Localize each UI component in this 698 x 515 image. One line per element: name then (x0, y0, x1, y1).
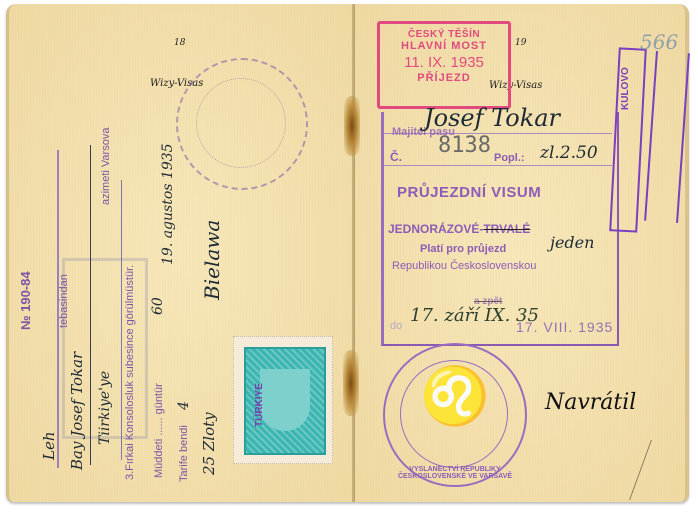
visa-title: PRŮJEZDNÍ VISUM (397, 184, 541, 201)
side-stamp-text: KULOVO (620, 67, 631, 110)
revenue-stamp: TÜRKIYE (233, 336, 333, 464)
staple-stain-bottom (343, 350, 359, 416)
ruling-line (384, 165, 612, 166)
embassy-seal-text: VYSLANECTVÍ REPUBLIKY ČESKOSLOVENSKÉ VE … (395, 466, 515, 480)
serial-number: № 190-84 (18, 271, 33, 330)
revenue-stamp-overprint: TÜRKIYE (254, 383, 265, 427)
handwritten-date: 19. agustos 1935 (160, 143, 176, 265)
printed-tariff: Tarife bendi (178, 425, 190, 482)
page-number-left: 18 (174, 38, 185, 48)
ruling-line (121, 180, 122, 460)
printed-consulate: 3.Fırkai Konsolosluk subesince görülmüst… (124, 265, 136, 480)
printed-azimeti: azimeti Varsova (100, 128, 112, 205)
border-stamp-type: PŘÍJEZD (380, 72, 508, 84)
fee-value: zl.2.50 (540, 143, 598, 163)
printed-tebasindan: tebasindan (58, 274, 70, 328)
number-label: Č. (390, 150, 402, 164)
visa-valid-count: jeden (550, 233, 594, 252)
visa-valid-line: Platí pro průjezd (420, 243, 506, 255)
stamped-date: 17. VIII. 1935 (516, 319, 613, 335)
border-stamp-crossing: HLAVNÍ MOST (380, 40, 508, 52)
corner-number: 566 (640, 30, 678, 54)
handwritten-tariff: 4 (176, 401, 192, 410)
page-number-right: 19 (515, 38, 526, 48)
ruling-line (90, 145, 91, 465)
consul-signature: Bielawa (200, 220, 224, 300)
handwritten-destination: Tiirkiye'ye (97, 371, 113, 445)
visa-territory: Republikou Československou (392, 260, 536, 272)
printed-validity: Müddeti ...... güntür (153, 383, 165, 478)
consulate-round-stamp-inner (196, 78, 286, 168)
handwritten-fee: 25 Zloty (200, 412, 218, 475)
border-stamp-town: ČESKÝ TĚŠÍN (380, 29, 508, 40)
visa-type: JEDNORÁZOVÉ-TRVALÉ (388, 222, 530, 236)
visa-type-permanent-struck: TRVALÉ (483, 222, 530, 236)
fee-label: Popl.: (494, 152, 525, 164)
official-signature: Navrátil (545, 390, 636, 415)
holder-name: Josef Tokar (424, 104, 560, 132)
visa-type-single: JEDNORÁZOVÉ- (388, 222, 483, 236)
handwritten-nationality: Leh (40, 432, 58, 461)
handwritten-days: 60 (150, 297, 166, 315)
revenue-stamp-emblem (260, 369, 310, 431)
czech-lion-emblem-icon: ♌ (420, 368, 490, 424)
date-prefix: do (390, 320, 402, 332)
handwritten-name: Bay Josef Tokar (68, 352, 86, 470)
staple-stain-top (344, 96, 360, 156)
border-stamp-date: 11. IX. 1935 (380, 54, 508, 71)
visa-number: 8138 (438, 133, 491, 158)
border-entry-stamp: ČESKÝ TĚŠÍN HLAVNÍ MOST 11. IX. 1935 PŘÍ… (377, 21, 511, 109)
